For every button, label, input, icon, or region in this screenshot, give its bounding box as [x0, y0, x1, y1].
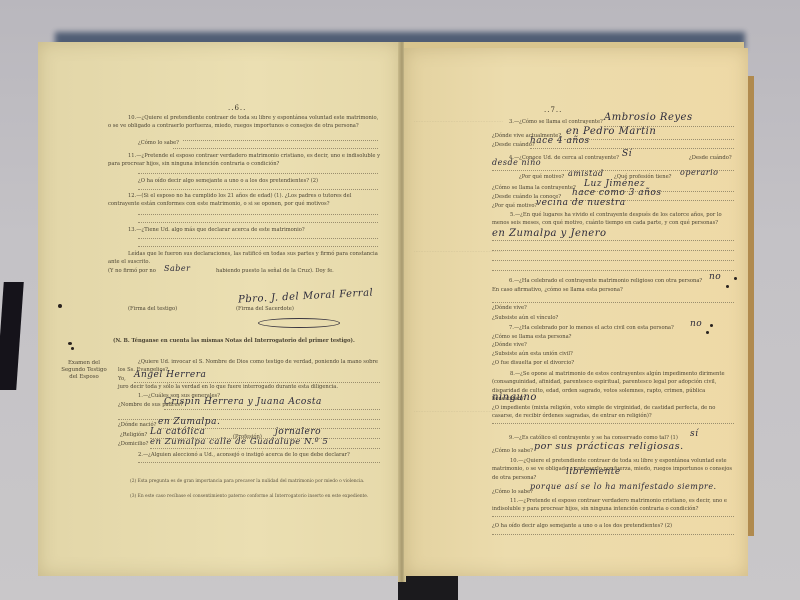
right-page: ..7.. ..................................…: [404, 48, 748, 576]
book-spine-bottom: [398, 575, 458, 600]
answer-5: en Zumalpa y Jenero: [492, 228, 607, 239]
left-page: ..6.. 10.—¿Quiere el pretendiente contra…: [38, 42, 400, 576]
ink-stain: [734, 277, 737, 280]
witness-signature-label: (Firma del testigo): [128, 305, 177, 313]
priest-signature-label: (Firma del Sacerdote): [236, 305, 294, 313]
q4-why-label: ¿Por qué motivo?: [519, 173, 564, 181]
q4-why-answer: amistad: [568, 169, 604, 178]
q9-how-label: ¿Cómo lo sabe?: [492, 447, 533, 455]
ink-stain: [68, 342, 72, 345]
question-12: 12.—(Si el esposo no ha cumplido los 21 …: [108, 192, 380, 209]
question-8-followup: ¿O impediente (mixta religión, voto simp…: [492, 404, 734, 421]
q3-since-answer: hace 4 años: [530, 136, 590, 146]
field-value-parents: Crispin Herrera y Juana Acosta: [164, 396, 379, 408]
q4-since-label: ¿Desde cuándo?: [689, 154, 732, 162]
ink-stain: [58, 304, 62, 308]
oath-rest: juro decir toda y sólo la verdad en lo q…: [118, 383, 380, 391]
q4-since-answer: desde niño: [492, 158, 541, 167]
closing-statement: Leídas que le fueron sus declaraciones, …: [108, 250, 380, 267]
ink-stain: [706, 331, 709, 334]
field-value-birthplace: en Zumalpa.: [158, 417, 220, 427]
footnote-3: (3) En este caso recíbase el consentimie…: [130, 494, 382, 500]
ink-stain: [71, 347, 74, 350]
footnote-2: (2) Esta pregunta es de gran importancia…: [130, 479, 382, 485]
ink-stain: [710, 324, 713, 327]
q3-since-label: ¿Desde cuándo?: [492, 141, 535, 149]
answer-6: no: [709, 272, 721, 282]
field-value-address: en Zumalpa calle de Guadalupe N.º 5: [150, 437, 328, 447]
field-label-religion: ¿Religión?: [120, 431, 147, 439]
question-7: 7.—¿Ha celebrado por lo menos el acto ci…: [509, 324, 674, 332]
q6-followup-2: ¿Dónde vive?: [492, 304, 527, 312]
question-10: 10.—¿Quiere el pretendiente contraer de …: [108, 114, 380, 131]
q4-know-since-answer: hace como 3 años: [572, 188, 661, 198]
question-11: 11.—¿Pretende el esposo contraer verdade…: [108, 152, 380, 169]
answer-7: no: [690, 319, 702, 329]
answer-4: Sí: [622, 149, 632, 159]
q4-know-why-answer: vecina de nuestra: [536, 198, 626, 208]
page-edge: [748, 76, 754, 536]
question-6: 6.—¿Ha celebrado el contrayente matrimon…: [509, 277, 709, 285]
q6-followup-1: En caso afirmativo, ¿cómo se llama esta …: [492, 286, 623, 294]
q10-how-answer: porque así se lo ha manifestado siempre.: [530, 482, 717, 491]
q4-profession-answer: operario: [680, 168, 718, 177]
question-13: 13.—¿Tiene Ud. algo más que declarar ace…: [128, 226, 380, 234]
question-11-followup: ¿O ha oído decir algo semejante a uno o …: [138, 177, 378, 185]
field-value-profession: jornalero: [275, 427, 321, 437]
answer-10: libremente: [566, 467, 621, 477]
q7-followup-2: ¿Dónde vive?: [492, 341, 527, 349]
no-firmo-prefix: (Y no firmó por no: [108, 267, 156, 275]
field-value-religion: La católica: [150, 427, 205, 437]
question-11-followup-right: ¿O ha oído decir algo semejante a uno o …: [492, 522, 734, 530]
nota-bene: (N. B. Ténganse en cuenta las mismas Not…: [113, 337, 383, 345]
second-witness-heading: Examen del Segundo Testigo del Esposo: [58, 360, 110, 381]
no-firmo-suffix: habiendo puesto la señal de la Cruz). Do…: [216, 267, 386, 275]
q9-how-answer: por sus prácticas religiosas.: [534, 441, 684, 452]
page-number: ..7..: [544, 106, 562, 114]
q4-bride-label: ¿Cómo se llama la contrayente?: [492, 184, 576, 192]
q10-how-label: ¿Cómo lo sabe?: [492, 488, 533, 496]
dark-object-left: [0, 282, 24, 390]
q7-followup-4: ¿O fue disuelta por el divorcio?: [492, 359, 574, 367]
answer-8: ninguno: [492, 392, 537, 403]
question-5: 5.—¿En qué lugares ha vivido el contraye…: [492, 211, 732, 228]
question-2: 2.—¿Alguien aleccionó a Ud., aconsejó o …: [138, 451, 388, 459]
ink-stain: [726, 285, 729, 288]
field-label-address: ¿Domicilio?: [118, 440, 148, 448]
q6-followup-3: ¿Subsiste aún el vínculo?: [492, 314, 558, 322]
no-firmo-answer: Saber: [164, 264, 190, 273]
page-number: ..6..: [228, 104, 246, 112]
q4-know-why-label: ¿Por qué motivo?: [492, 202, 537, 210]
priest-signature: Pbro. J. del Moral Ferral: [238, 287, 374, 305]
answer-9: sí: [690, 429, 699, 439]
witness-name: Angel Herrera: [134, 370, 206, 380]
answer-3: Ambrosio Reyes: [604, 112, 693, 123]
q7-followup-3: ¿Subsiste aún esta unión civil?: [492, 350, 573, 358]
question-11-right: 11.—¿Pretende el esposo contraer verdade…: [492, 497, 734, 514]
question-10-followup: ¿Cómo lo sabe?: [138, 139, 179, 147]
signature-flourish: [258, 318, 340, 328]
